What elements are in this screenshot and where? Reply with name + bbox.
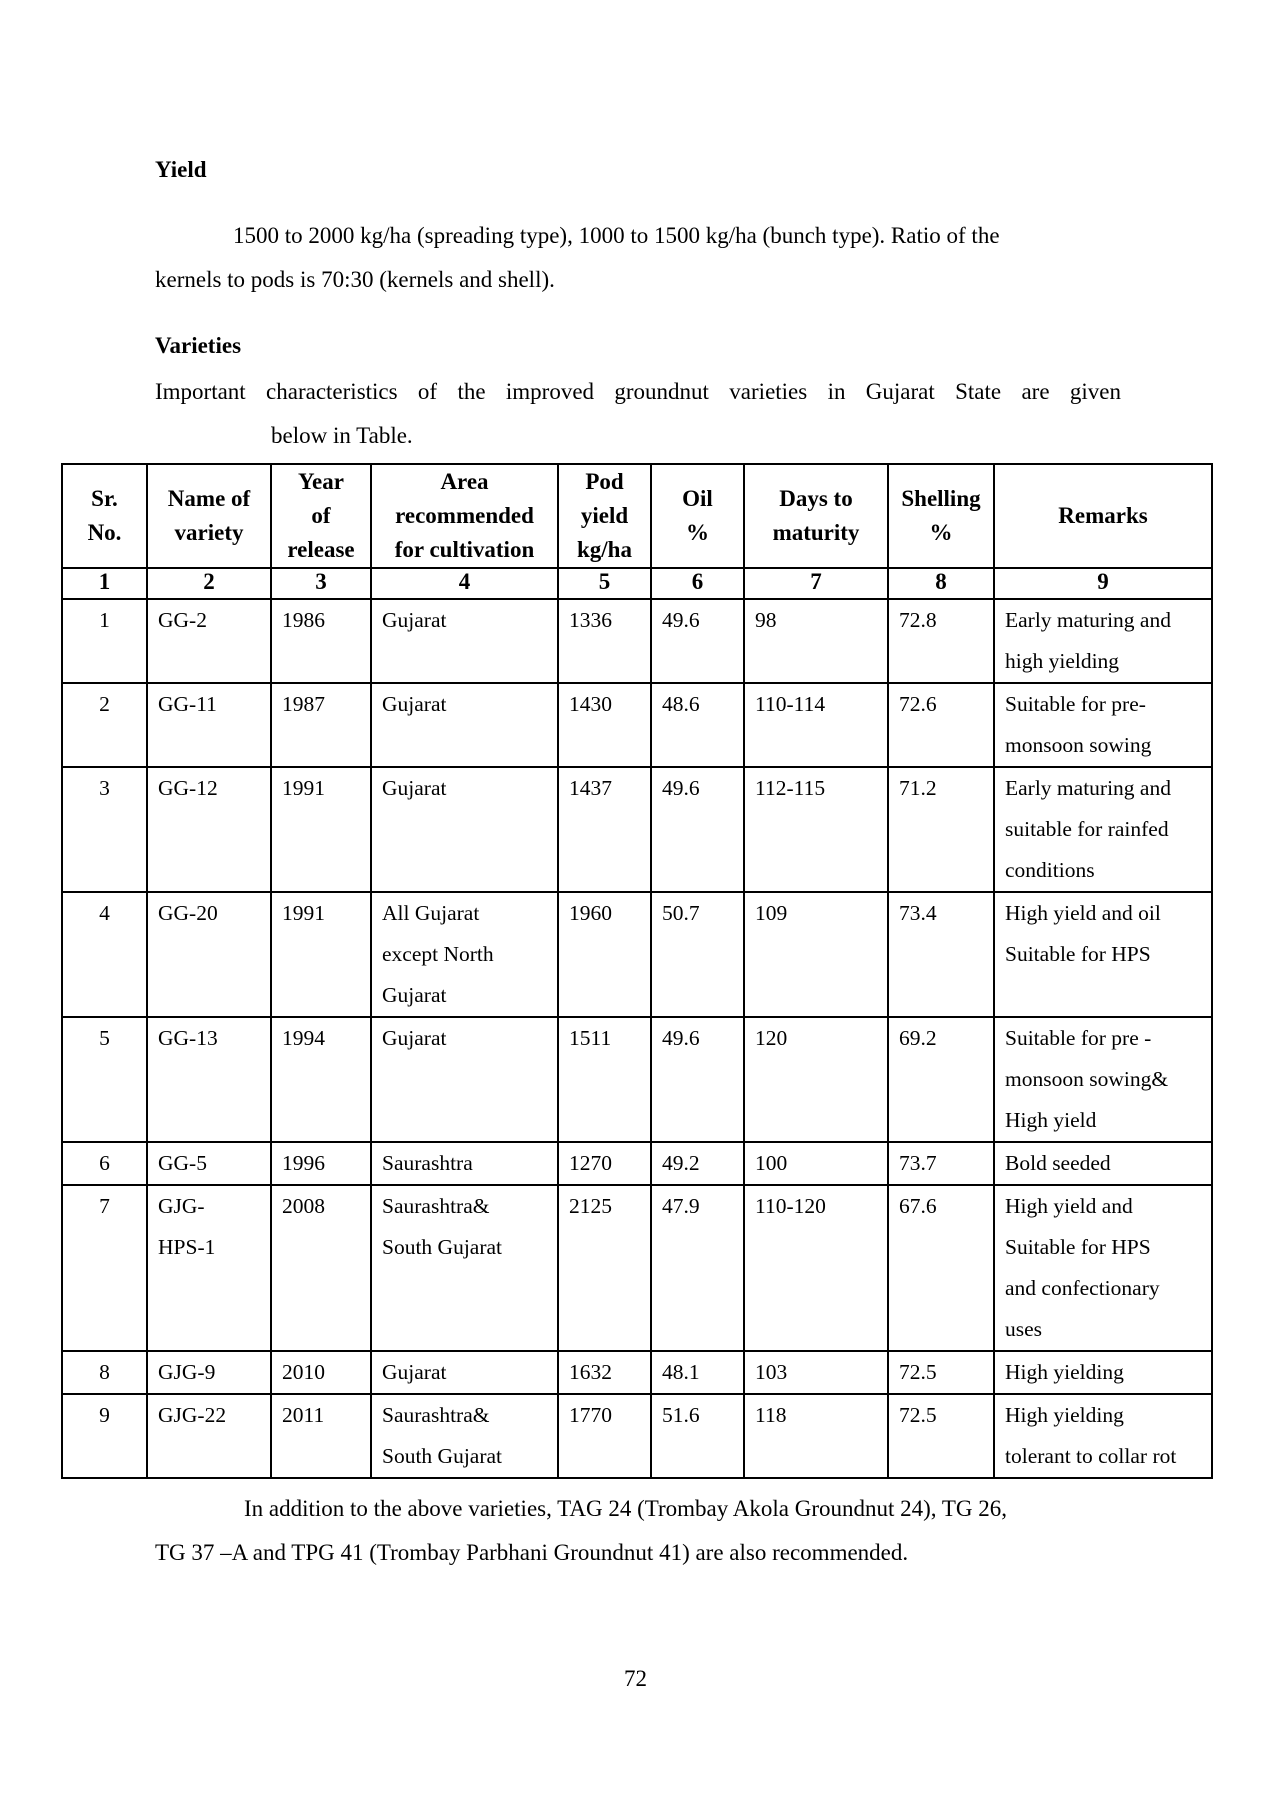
cell-pod-yield: 1437 — [558, 767, 651, 892]
header-shelling-percent: Shelling% — [888, 464, 994, 568]
column-number-1: 1 — [62, 568, 147, 599]
cell-pod-yield: 1270 — [558, 1142, 651, 1185]
cell-sr-no: 6 — [62, 1142, 147, 1185]
cell-remarks: High yield and oilSuitable for HPS — [994, 892, 1212, 1017]
column-number-8: 8 — [888, 568, 994, 599]
header-variety-name: Name ofvariety — [147, 464, 271, 568]
yield-paragraph-line-2: kernels to pods is 70:30 (kernels and sh… — [155, 258, 555, 302]
cell-area: Gujarat — [371, 1351, 558, 1394]
cell-sr-no: 4 — [62, 892, 147, 1017]
header-remarks: Remarks — [994, 464, 1212, 568]
cell-variety-name: GJG-HPS-1 — [147, 1185, 271, 1351]
cell-oil: 51.6 — [651, 1394, 744, 1478]
cell-year: 1991 — [271, 767, 371, 892]
cell-days: 103 — [744, 1351, 888, 1394]
table-row: 8GJG-92010Gujarat163248.110372.5High yie… — [62, 1351, 1212, 1394]
cell-shelling: 72.8 — [888, 599, 994, 683]
cell-shelling: 69.2 — [888, 1017, 994, 1142]
cell-sr-no: 3 — [62, 767, 147, 892]
cell-shelling: 73.4 — [888, 892, 994, 1017]
table-row: 6GG-51996Saurashtra127049.210073.7Bold s… — [62, 1142, 1212, 1185]
cell-sr-no: 5 — [62, 1017, 147, 1142]
cell-shelling: 72.6 — [888, 683, 994, 767]
varieties-intro-line-1: Important characteristics of the improve… — [155, 370, 1121, 414]
table-header-row: Sr.No.Name ofvarietyYearofreleaseArearec… — [62, 464, 1212, 568]
cell-remarks: High yieldingtolerant to collar rot — [994, 1394, 1212, 1478]
table-row: 3GG-121991Gujarat143749.6112-11571.2Earl… — [62, 767, 1212, 892]
cell-sr-no: 2 — [62, 683, 147, 767]
table-row: 2GG-111987Gujarat143048.6110-11472.6Suit… — [62, 683, 1212, 767]
cell-oil: 49.2 — [651, 1142, 744, 1185]
header-oil-percent: Oil% — [651, 464, 744, 568]
closing-paragraph-line-1: In addition to the above varieties, TAG … — [244, 1487, 1007, 1531]
page-number: 72 — [0, 1666, 1271, 1692]
cell-year: 1987 — [271, 683, 371, 767]
column-number-2: 2 — [147, 568, 271, 599]
cell-year: 2011 — [271, 1394, 371, 1478]
cell-days: 100 — [744, 1142, 888, 1185]
cell-pod-yield: 1511 — [558, 1017, 651, 1142]
varieties-heading: Varieties — [155, 333, 241, 359]
cell-days: 112-115 — [744, 767, 888, 892]
cell-pod-yield: 1960 — [558, 892, 651, 1017]
column-number-row: 123456789 — [62, 568, 1212, 599]
cell-shelling: 72.5 — [888, 1351, 994, 1394]
cell-days: 109 — [744, 892, 888, 1017]
cell-sr-no: 7 — [62, 1185, 147, 1351]
cell-area: All Gujaratexcept NorthGujarat — [371, 892, 558, 1017]
cell-year: 2010 — [271, 1351, 371, 1394]
table-row: 5GG-131994Gujarat151149.612069.2Suitable… — [62, 1017, 1212, 1142]
cell-year: 1991 — [271, 892, 371, 1017]
cell-days: 110-114 — [744, 683, 888, 767]
column-number-4: 4 — [371, 568, 558, 599]
cell-variety-name: GG-13 — [147, 1017, 271, 1142]
cell-variety-name: GG-5 — [147, 1142, 271, 1185]
cell-days: 98 — [744, 599, 888, 683]
table-row: 1GG-21986Gujarat133649.69872.8Early matu… — [62, 599, 1212, 683]
cell-oil: 48.1 — [651, 1351, 744, 1394]
table-row: 7GJG-HPS-12008Saurashtra&South Gujarat21… — [62, 1185, 1212, 1351]
cell-area: Gujarat — [371, 599, 558, 683]
varieties-intro-line-2: below in Table. — [271, 414, 413, 458]
column-number-5: 5 — [558, 568, 651, 599]
cell-year: 1994 — [271, 1017, 371, 1142]
cell-remarks: Bold seeded — [994, 1142, 1212, 1185]
cell-pod-yield: 1770 — [558, 1394, 651, 1478]
closing-paragraph-line-2: TG 37 –A and TPG 41 (Trombay Parbhani Gr… — [155, 1531, 908, 1575]
cell-shelling: 73.7 — [888, 1142, 994, 1185]
cell-pod-yield: 1632 — [558, 1351, 651, 1394]
cell-area: Gujarat — [371, 683, 558, 767]
cell-area: Saurashtra — [371, 1142, 558, 1185]
cell-remarks: High yield andSuitable for HPSand confec… — [994, 1185, 1212, 1351]
table-row: 9GJG-222011Saurashtra&South Gujarat17705… — [62, 1394, 1212, 1478]
cell-area: Gujarat — [371, 1017, 558, 1142]
cell-variety-name: GJG-9 — [147, 1351, 271, 1394]
cell-shelling: 71.2 — [888, 767, 994, 892]
cell-pod-yield: 2125 — [558, 1185, 651, 1351]
cell-area: Gujarat — [371, 767, 558, 892]
cell-days: 118 — [744, 1394, 888, 1478]
cell-variety-name: GG-12 — [147, 767, 271, 892]
header-pod-yield: Podyieldkg/ha — [558, 464, 651, 568]
column-number-3: 3 — [271, 568, 371, 599]
cell-remarks: Early maturing andsuitable for rainfedco… — [994, 767, 1212, 892]
cell-days: 110-120 — [744, 1185, 888, 1351]
header-year-of-release: Yearofrelease — [271, 464, 371, 568]
cell-oil: 50.7 — [651, 892, 744, 1017]
cell-sr-no: 1 — [62, 599, 147, 683]
cell-variety-name: GG-20 — [147, 892, 271, 1017]
cell-remarks: Suitable for pre -monsoon sowing&High yi… — [994, 1017, 1212, 1142]
cell-oil: 48.6 — [651, 683, 744, 767]
cell-days: 120 — [744, 1017, 888, 1142]
header-days-to-maturity: Days tomaturity — [744, 464, 888, 568]
cell-oil: 49.6 — [651, 1017, 744, 1142]
cell-pod-yield: 1430 — [558, 683, 651, 767]
cell-remarks: Early maturing andhigh yielding — [994, 599, 1212, 683]
cell-year: 1986 — [271, 599, 371, 683]
cell-remarks: High yielding — [994, 1351, 1212, 1394]
table-row: 4GG-201991All Gujaratexcept NorthGujarat… — [62, 892, 1212, 1017]
cell-area: Saurashtra&South Gujarat — [371, 1185, 558, 1351]
yield-paragraph-line-1: 1500 to 2000 kg/ha (spreading type), 100… — [233, 214, 1000, 258]
cell-shelling: 67.6 — [888, 1185, 994, 1351]
column-number-7: 7 — [744, 568, 888, 599]
cell-year: 2008 — [271, 1185, 371, 1351]
cell-area: Saurashtra&South Gujarat — [371, 1394, 558, 1478]
cell-pod-yield: 1336 — [558, 599, 651, 683]
yield-heading: Yield — [155, 157, 207, 183]
cell-shelling: 72.5 — [888, 1394, 994, 1478]
header-area-recommended: Arearecommendedfor cultivation — [371, 464, 558, 568]
varieties-table: Sr.No.Name ofvarietyYearofreleaseArearec… — [61, 463, 1213, 1479]
header-sr-no: Sr.No. — [62, 464, 147, 568]
cell-year: 1996 — [271, 1142, 371, 1185]
cell-variety-name: GJG-22 — [147, 1394, 271, 1478]
cell-oil: 49.6 — [651, 767, 744, 892]
column-number-6: 6 — [651, 568, 744, 599]
cell-oil: 47.9 — [651, 1185, 744, 1351]
cell-oil: 49.6 — [651, 599, 744, 683]
column-number-9: 9 — [994, 568, 1212, 599]
cell-variety-name: GG-11 — [147, 683, 271, 767]
cell-sr-no: 9 — [62, 1394, 147, 1478]
cell-remarks: Suitable for pre-monsoon sowing — [994, 683, 1212, 767]
cell-variety-name: GG-2 — [147, 599, 271, 683]
cell-sr-no: 8 — [62, 1351, 147, 1394]
